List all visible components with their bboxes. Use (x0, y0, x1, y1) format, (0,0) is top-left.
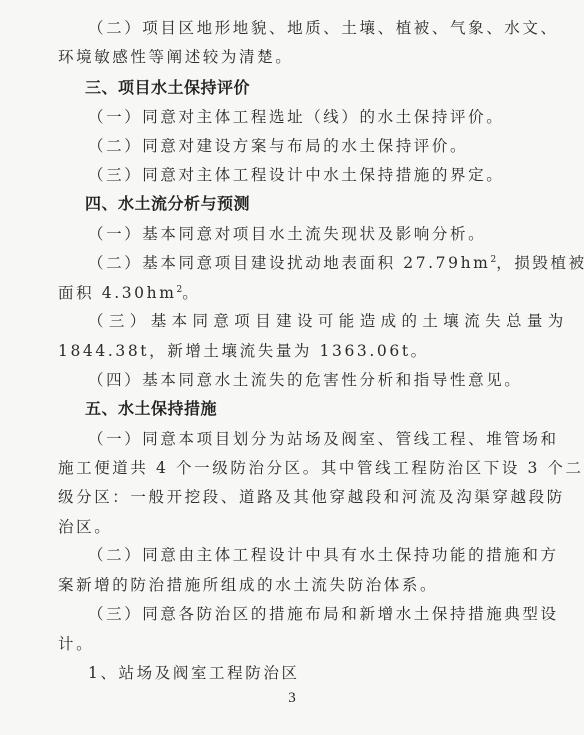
subsection-heading: 1、站场及阀室工程防治区 (88, 663, 488, 683)
paragraph-line: （二）同意由主体工程设计中具有水土保持功能的措施和方 (88, 545, 488, 565)
section-heading-4: 四、水土流分析与预测 (85, 194, 485, 214)
paragraph-line: （四）基本同意水土流失的危害性分析和指导性意见。 (88, 370, 488, 390)
paragraph-line: （一）基本同意对项目水土流失现状及影响分析。 (88, 224, 488, 244)
paragraph-line: （三）基本同意项目建设可能造成的土壤流失总量为 (88, 311, 488, 331)
paragraph-line: 1844.38t，新增土壤流失量为 1363.06t。 (58, 341, 458, 361)
paragraph-line: 环境敏感性等阐述较为清楚。 (58, 47, 458, 67)
paragraph-line: （一）同意本项目划分为站场及阀室、管线工程、堆管场和 (88, 429, 488, 449)
paragraph-line: 案新增的防治措施所组成的水土流失防治体系。 (58, 575, 458, 595)
line-text: （二）基本同意项目建设扰动地表面积 27.79hm (88, 254, 490, 272)
paragraph-line: （二）基本同意项目建设扰动地表面积 27.79hm2，损毁植被 (88, 253, 488, 273)
paragraph-line: 治区。 (58, 517, 458, 537)
line-tail: ，损毁植被 (496, 254, 584, 272)
paragraph-line: （一）同意对主体工程选址（线）的水土保持评价。 (88, 107, 488, 127)
paragraph-line: （二）项目区地形地貌、地质、土壤、植被、气象、水文、 (88, 18, 488, 38)
line-text: 面积 4.30hm (58, 284, 177, 302)
paragraph-line: （三）同意对主体工程设计中水土保持措施的界定。 (88, 165, 488, 185)
paragraph-line: 施工便道共 4 个一级防治分区。其中管线工程防治区下设 3 个二 (58, 458, 458, 478)
line-tail: 。 (182, 284, 200, 302)
document-page: （二）项目区地形地貌、地质、土壤、植被、气象、水文、 环境敏感性等阐述较为清楚。… (0, 0, 584, 735)
paragraph-line: （二）同意对建设方案与布局的水土保持评价。 (88, 136, 488, 156)
section-heading-3: 三、项目水土保持评价 (85, 78, 485, 98)
paragraph-line: 级分区：一般开挖段、道路及其他穿越段和河流及沟渠穿越段防 (58, 487, 458, 507)
section-heading-5: 五、水土保持措施 (85, 399, 485, 419)
paragraph-line: （三）同意各防治区的措施布局和新增水土保持措施典型设 (88, 604, 488, 624)
page-number: 3 (0, 690, 584, 707)
paragraph-line: 计。 (58, 634, 458, 654)
paragraph-line: 面积 4.30hm2。 (58, 283, 458, 303)
